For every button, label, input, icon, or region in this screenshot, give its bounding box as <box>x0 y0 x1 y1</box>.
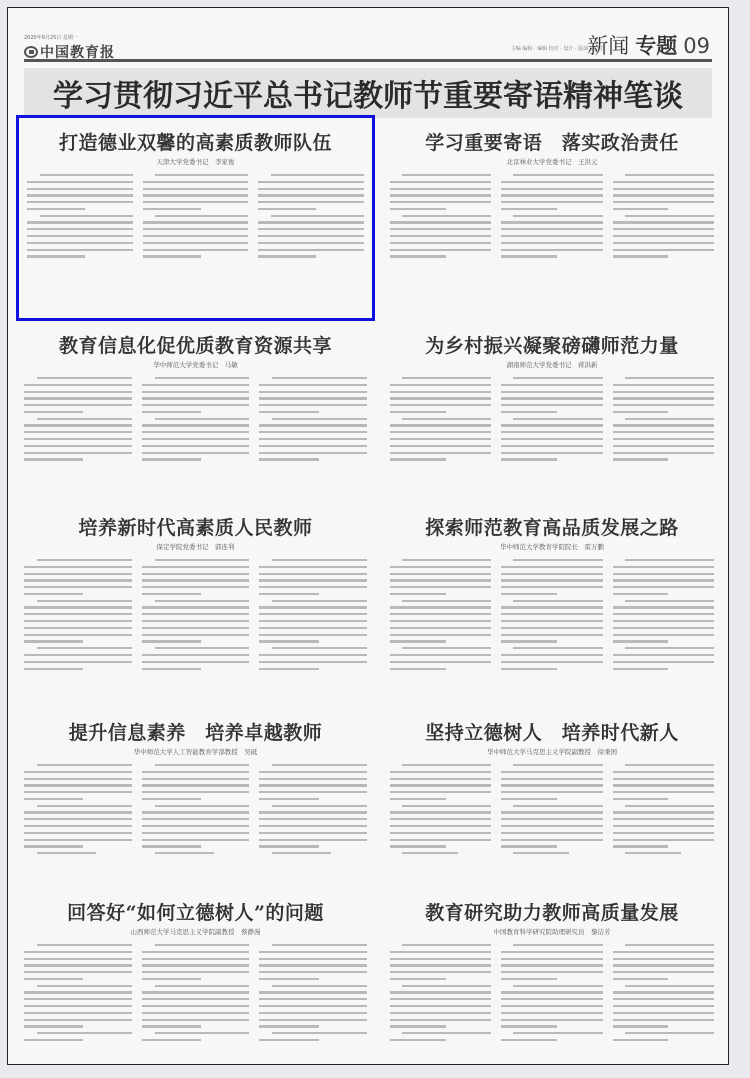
body-text-line <box>24 411 83 413</box>
article-title[interactable]: 为乡村振兴凝聚磅礴师范力量 <box>390 331 714 358</box>
body-text-line <box>390 573 491 575</box>
body-text-line <box>390 839 491 841</box>
article-title[interactable]: 培养新时代高素质人民教师 <box>24 513 367 540</box>
body-text-line <box>390 579 491 581</box>
body-text-line <box>24 438 132 440</box>
body-text-line <box>402 1032 491 1034</box>
article-body <box>24 944 367 1046</box>
article-body <box>24 559 367 674</box>
body-text-line <box>259 586 367 588</box>
body-text-line <box>390 391 491 393</box>
body-text-line <box>259 654 367 656</box>
body-text-line <box>390 825 491 827</box>
body-text-line <box>24 573 132 575</box>
body-text-line <box>155 944 250 946</box>
body-text-line <box>259 964 367 966</box>
section-topic: 专题 <box>635 30 677 60</box>
body-text-line <box>513 174 602 176</box>
body-text-line <box>613 640 669 642</box>
body-text-line <box>259 391 367 393</box>
body-text-line <box>142 640 201 642</box>
body-text-line <box>501 221 602 223</box>
body-text-line <box>143 255 201 257</box>
body-text-line <box>625 215 714 217</box>
page-banner: 学习贯彻习近平总书记教师节重要寄语精神笔谈 <box>24 68 712 118</box>
body-text-line <box>501 784 602 786</box>
body-text-line <box>259 384 367 386</box>
article-7[interactable]: 提升信息素养 培养卓越教师 华中师范大学人工智能教育学部教授 吴砥 <box>16 708 375 883</box>
body-text-line <box>259 971 367 973</box>
article-byline: 华中师范大学马克思主义学院副教授 徐秉国 <box>390 747 714 756</box>
body-text-line <box>272 377 367 379</box>
body-text-line <box>390 1012 491 1014</box>
body-text-line <box>155 418 250 420</box>
body-text-line <box>142 411 201 413</box>
article-title[interactable]: 教育信息化促优质教育资源共享 <box>24 331 367 358</box>
article-10[interactable]: 教育研究助力教师高质量发展 中国教育科学研究院助理研究员 黎洁芳 <box>382 888 722 1058</box>
body-text-line <box>613 825 714 827</box>
body-text-line <box>24 971 132 973</box>
body-text-line <box>390 832 491 834</box>
body-text-line <box>613 242 714 244</box>
article-body <box>390 944 714 1046</box>
body-text-line <box>259 1019 367 1021</box>
body-text-line <box>272 600 367 602</box>
body-text-line <box>24 424 132 426</box>
body-text-line <box>625 852 681 854</box>
article-body <box>390 377 714 465</box>
body-text-line <box>625 764 714 766</box>
article-byline: 保定学院党委书记 郭连利 <box>24 542 367 551</box>
body-text-line <box>155 174 248 176</box>
body-text-line <box>390 784 491 786</box>
body-text-line <box>27 221 133 223</box>
body-text-line <box>390 620 491 622</box>
body-text-line <box>390 445 491 447</box>
body-text-line <box>390 431 491 433</box>
body-text-line <box>258 235 364 237</box>
article-5[interactable]: 培养新时代高素质人民教师 保定学院党委书记 郭连利 <box>16 503 375 708</box>
body-text-line <box>613 798 669 800</box>
body-text-line <box>501 255 557 257</box>
body-text-line <box>390 661 491 663</box>
body-text-line <box>625 805 714 807</box>
body-text-line <box>390 201 491 203</box>
body-text-line <box>24 404 132 406</box>
body-text-line <box>501 825 602 827</box>
body-text-line <box>24 964 132 966</box>
article-1[interactable]: 打造德业双馨的高素质教师队伍 天津大学党委书记 李家俊 <box>16 115 375 321</box>
body-text-line <box>142 431 250 433</box>
body-text-line <box>613 998 714 1000</box>
body-text-line <box>155 215 248 217</box>
body-text-line <box>27 235 133 237</box>
body-text-line <box>625 174 714 176</box>
body-text-line <box>613 458 669 460</box>
article-byline: 华中师范大学人工智能教育学部教授 吴砥 <box>24 747 367 756</box>
body-text-line <box>142 784 250 786</box>
article-body <box>27 174 364 262</box>
body-text-line <box>501 424 602 426</box>
body-text-line <box>402 944 491 946</box>
body-text-line <box>24 445 132 447</box>
banner-title: 学习贯彻习近平总书记教师节重要寄语精神笔谈 <box>53 71 683 115</box>
body-text-line <box>613 593 669 595</box>
body-text-line <box>501 832 602 834</box>
body-text-line <box>390 811 491 813</box>
body-text-line <box>390 235 491 237</box>
body-text-line <box>24 958 132 960</box>
article-3[interactable]: 教育信息化促优质教育资源共享 华中师范大学党委书记 马敏 <box>16 321 375 496</box>
body-text-line <box>613 978 669 980</box>
body-text-line <box>259 668 318 670</box>
article-2[interactable]: 学习重要寄语 落实政治责任 北京林业大学党委书记 王洪元 <box>382 118 722 318</box>
body-text-line <box>259 661 367 663</box>
body-text-line <box>258 242 364 244</box>
body-text-line <box>27 188 133 190</box>
body-text-line <box>24 818 132 820</box>
body-text-line <box>390 1005 491 1007</box>
body-text-line <box>142 778 250 780</box>
body-text-line <box>390 791 491 793</box>
body-text-line <box>142 606 250 608</box>
body-text-line <box>613 991 714 993</box>
body-text-line <box>259 784 367 786</box>
body-text-line <box>143 228 249 230</box>
body-text-line <box>142 951 250 953</box>
page-number: 09 <box>683 34 710 58</box>
body-text-line <box>390 228 491 230</box>
body-text-line <box>501 1019 602 1021</box>
body-text-line <box>501 654 602 656</box>
body-text-line <box>501 668 557 670</box>
body-text-line <box>143 249 249 251</box>
body-text-line <box>259 566 367 568</box>
body-text-line <box>513 852 569 854</box>
body-text-line <box>390 188 491 190</box>
body-text-line <box>390 613 491 615</box>
body-text-line <box>37 805 132 807</box>
body-text-line <box>24 1012 132 1014</box>
body-text-line <box>142 1025 201 1027</box>
body-text-line <box>24 640 83 642</box>
body-text-line <box>390 208 446 210</box>
body-text-line <box>37 1032 132 1034</box>
body-text-line <box>143 188 249 190</box>
article-title[interactable]: 坚持立德树人 培养时代新人 <box>390 718 714 745</box>
body-text-line <box>40 174 133 176</box>
body-text-line <box>271 215 364 217</box>
body-text-line <box>390 221 491 223</box>
body-text-line <box>142 998 250 1000</box>
body-text-line <box>501 791 602 793</box>
body-text-line <box>613 188 714 190</box>
body-text-line <box>272 1032 367 1034</box>
body-text-line <box>501 951 602 953</box>
body-text-line <box>24 1039 83 1041</box>
article-title[interactable]: 教育研究助力教师高质量发展 <box>390 898 714 925</box>
body-text-line <box>613 255 669 257</box>
body-text-line <box>259 613 367 615</box>
body-text-line <box>259 606 367 608</box>
body-text-line <box>613 411 669 413</box>
article-title[interactable]: 探索师范教育高品质发展之路 <box>390 513 714 540</box>
newspaper-logo-icon <box>24 46 38 58</box>
body-text-line <box>613 228 714 230</box>
body-text-line <box>24 991 132 993</box>
body-text-line <box>501 634 602 636</box>
body-text-line <box>501 431 602 433</box>
body-text-line <box>258 255 316 257</box>
body-text-line <box>613 1039 669 1041</box>
body-text-line <box>143 242 249 244</box>
body-text-line <box>390 964 491 966</box>
body-text-line <box>613 784 714 786</box>
body-text-line <box>259 951 367 953</box>
body-text-line <box>501 194 602 196</box>
body-text-line <box>40 215 133 217</box>
date-line: 2020年9月25日 星期一 <box>24 34 78 41</box>
article-4[interactable]: 为乡村振兴凝聚磅礴师范力量 湖南师范大学党委书记 蒋洪新 <box>382 321 722 496</box>
body-text-line <box>501 208 557 210</box>
body-text-line <box>501 201 602 203</box>
body-text-line <box>155 377 250 379</box>
body-text-line <box>272 418 367 420</box>
body-text-line <box>613 661 714 663</box>
body-text-line <box>142 452 250 454</box>
body-text-line <box>501 452 602 454</box>
body-text-line <box>501 640 557 642</box>
body-text-line <box>501 798 557 800</box>
article-6[interactable]: 探索师范教育高品质发展之路 华中师范大学教育学院院长 雷万鹏 <box>382 503 722 708</box>
body-text-line <box>513 559 602 561</box>
body-text-line <box>259 791 367 793</box>
article-title[interactable]: 打造德业双馨的高素质教师队伍 <box>27 128 364 155</box>
body-text-line <box>501 458 557 460</box>
body-text-line <box>390 452 491 454</box>
body-text-line <box>513 215 602 217</box>
article-body <box>24 764 367 859</box>
body-text-line <box>142 397 250 399</box>
article-title[interactable]: 学习重要寄语 落实政治责任 <box>390 128 714 155</box>
body-text-line <box>625 647 714 649</box>
body-text-line <box>390 411 446 413</box>
body-text-line <box>142 1005 250 1007</box>
body-text-line <box>613 384 714 386</box>
body-text-line <box>142 811 250 813</box>
body-text-line <box>613 654 714 656</box>
body-text-line <box>613 778 714 780</box>
body-text-line <box>625 1032 714 1034</box>
body-text-line <box>501 627 602 629</box>
body-text-line <box>24 620 132 622</box>
body-text-line <box>24 978 83 980</box>
body-text-line <box>27 255 85 257</box>
body-text-line <box>501 964 602 966</box>
body-text-line <box>625 600 714 602</box>
body-text-line <box>501 1012 602 1014</box>
body-text-line <box>259 627 367 629</box>
body-text-line <box>24 1025 83 1027</box>
section-news: 新闻 <box>587 30 629 60</box>
body-text-line <box>142 845 201 847</box>
body-text-line <box>24 778 132 780</box>
body-text-line <box>501 958 602 960</box>
body-text-line <box>24 397 132 399</box>
body-text-line <box>24 634 132 636</box>
body-text-line <box>613 452 714 454</box>
body-text-line <box>501 228 602 230</box>
body-text-line <box>142 620 250 622</box>
body-text-line <box>142 832 250 834</box>
body-text-line <box>390 998 491 1000</box>
body-text-line <box>142 818 250 820</box>
article-title[interactable]: 提升信息素养 培养卓越教师 <box>24 718 367 745</box>
body-text-line <box>272 805 367 807</box>
body-text-line <box>142 566 250 568</box>
body-text-line <box>37 559 132 561</box>
body-text-line <box>37 418 132 420</box>
body-text-line <box>402 559 491 561</box>
body-text-line <box>390 951 491 953</box>
body-text-line <box>24 825 132 827</box>
body-text-line <box>402 600 491 602</box>
body-text-line <box>24 391 132 393</box>
body-text-line <box>613 1019 714 1021</box>
body-text-line <box>501 978 557 980</box>
body-text-line <box>27 249 133 251</box>
body-text-line <box>613 235 714 237</box>
body-text-line <box>390 634 491 636</box>
body-text-line <box>390 668 446 670</box>
body-text-line <box>142 404 250 406</box>
body-text-line <box>390 771 491 773</box>
body-text-line <box>155 600 250 602</box>
body-text-line <box>613 811 714 813</box>
body-text-line <box>27 242 133 244</box>
body-text-line <box>24 798 83 800</box>
body-text-line <box>259 397 367 399</box>
body-text-line <box>390 845 446 847</box>
body-text-line <box>271 174 364 176</box>
body-text-line <box>501 404 602 406</box>
body-text-line <box>501 391 602 393</box>
body-text-line <box>37 985 132 987</box>
newspaper-page: 2020年9月25日 星期一 中国教育报 主编 编辑 · 编辑 校对 · 设计 … <box>7 7 729 1065</box>
body-text-line <box>259 452 367 454</box>
article-byline: 华中师范大学党委书记 马敏 <box>24 360 367 369</box>
body-text-line <box>613 634 714 636</box>
body-text-line <box>390 255 446 257</box>
body-text-line <box>24 384 132 386</box>
body-text-line <box>142 964 250 966</box>
body-text-line <box>24 606 132 608</box>
body-text-line <box>501 593 557 595</box>
body-text-line <box>142 791 250 793</box>
body-text-line <box>501 384 602 386</box>
body-text-line <box>390 971 491 973</box>
section-label: 新闻 专题 09 <box>587 30 710 60</box>
body-text-line <box>24 791 132 793</box>
article-9[interactable]: 回答好“如何立德树人”的问题 山西师范大学马克思主义学院副教授 蔡静漫 <box>16 888 375 1058</box>
body-text-line <box>24 654 132 656</box>
body-text-line <box>613 445 714 447</box>
body-text-line <box>390 458 446 460</box>
article-8[interactable]: 坚持立德树人 培养时代新人 华中师范大学马克思主义学院副教授 徐秉国 <box>382 708 722 883</box>
body-text-line <box>501 971 602 973</box>
body-text-line <box>27 181 133 183</box>
body-text-line <box>259 839 367 841</box>
body-text-line <box>613 964 714 966</box>
body-text-line <box>24 845 83 847</box>
body-text-line <box>501 606 602 608</box>
body-text-line <box>613 832 714 834</box>
body-text-line <box>390 606 491 608</box>
body-text-line <box>390 397 491 399</box>
body-text-line <box>24 586 132 588</box>
body-text-line <box>24 566 132 568</box>
body-text-line <box>142 1039 201 1041</box>
body-text-line <box>613 1012 714 1014</box>
body-text-line <box>259 424 367 426</box>
body-text-line <box>142 391 250 393</box>
body-text-line <box>259 634 367 636</box>
body-text-line <box>613 606 714 608</box>
body-text-line <box>513 377 602 379</box>
body-text-line <box>259 431 367 433</box>
body-text-line <box>259 620 367 622</box>
body-text-line <box>513 418 602 420</box>
body-text-line <box>625 418 714 420</box>
body-text-line <box>142 978 201 980</box>
body-text-line <box>37 647 132 649</box>
body-text-line <box>143 201 249 203</box>
body-text-line <box>259 404 367 406</box>
body-text-line <box>259 1039 318 1041</box>
body-text-line <box>142 573 250 575</box>
body-text-line <box>613 579 714 581</box>
body-text-line <box>501 242 602 244</box>
body-text-line <box>390 566 491 568</box>
body-text-line <box>501 1025 557 1027</box>
body-text-line <box>272 944 367 946</box>
body-text-line <box>259 458 318 460</box>
body-text-line <box>501 1005 602 1007</box>
body-text-line <box>513 805 602 807</box>
body-text-line <box>390 181 491 183</box>
article-body <box>390 174 714 262</box>
body-text-line <box>37 377 132 379</box>
body-text-line <box>24 668 83 670</box>
body-text-line <box>402 805 491 807</box>
body-text-line <box>142 1012 250 1014</box>
body-text-line <box>613 620 714 622</box>
body-text-line <box>272 764 367 766</box>
body-text-line <box>390 194 491 196</box>
body-text-line <box>24 593 83 595</box>
body-text-line <box>390 424 491 426</box>
body-text-line <box>390 640 446 642</box>
body-text-line <box>143 208 201 210</box>
body-text-line <box>24 452 132 454</box>
article-title[interactable]: 回答好“如何立德树人”的问题 <box>24 898 367 925</box>
body-text-line <box>613 208 669 210</box>
body-text-line <box>259 579 367 581</box>
body-text-line <box>155 559 250 561</box>
body-text-line <box>613 1025 669 1027</box>
body-text-line <box>142 991 250 993</box>
body-text-line <box>259 1012 367 1014</box>
